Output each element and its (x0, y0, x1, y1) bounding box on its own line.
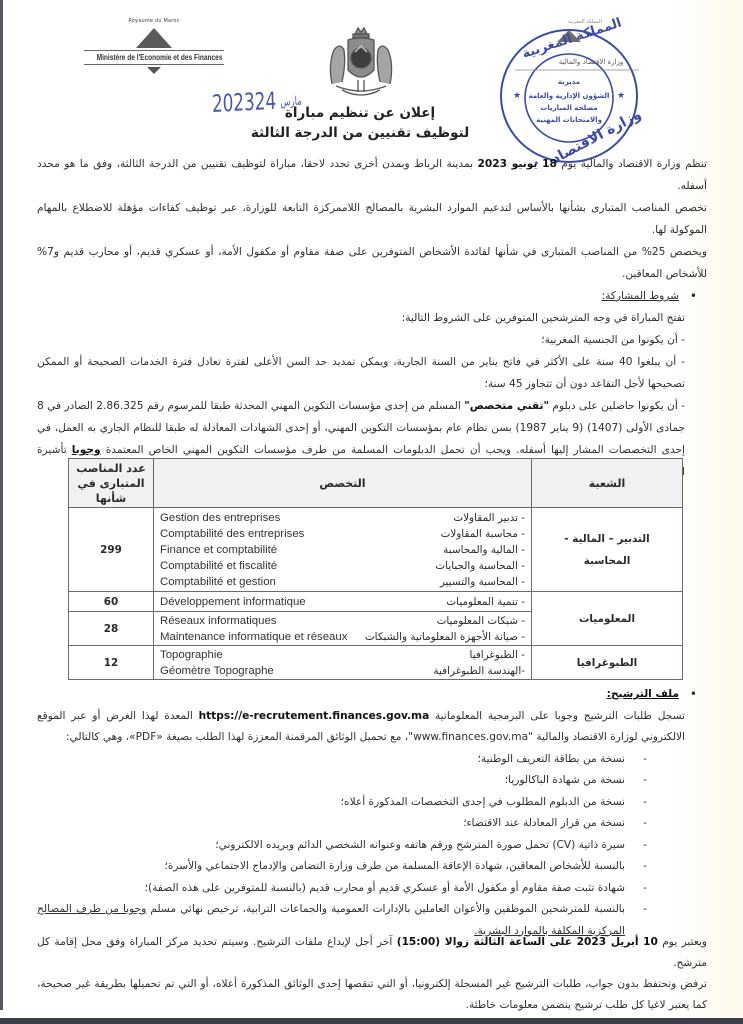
list-item: نسخة من الدبلوم المطلوب في إحدى التخصصات… (37, 792, 647, 814)
conditions-intro: تفتح المباراة في وجه المترشحين المتوفرين… (37, 307, 707, 329)
specialty-line: - الطبوغرافياTopographie (160, 647, 525, 663)
specialty-line: - شبكات المعلومياتRéseaux informatiques (160, 613, 525, 629)
logo-rule (84, 64, 224, 65)
conditions-heading: شروط المشاركة: (37, 285, 707, 307)
closing-section: ويعتبر يوم 10 أبريل 2023 على الساعة الثا… (37, 932, 707, 1016)
specialty-cell: - شبكات المعلومياتRéseaux informatiques … (154, 612, 532, 646)
specialty-cell: - تدبير المقاولاتGestion des entreprises… (154, 508, 532, 592)
application-paragraph: تسجل طلبات الترشيح وجوبا على البرمجية ال… (37, 706, 707, 749)
stamp-inner-line: والامتحانات المهنية (536, 116, 602, 124)
list-item: شهادة تثبت صفة مقاوم أو مكفول الأمة أو ع… (37, 878, 647, 900)
list-item: نسخة من قرار المعادلة عند الاقتضاء؛ (37, 813, 647, 835)
deadline-date: 10 أبريل 2023 على الساعة الثالثة زوالا (… (397, 936, 658, 948)
branch-cell: التدبير – المالية - المحاسبة (532, 508, 683, 592)
branch-cell: الطبوغرافيا (532, 646, 683, 680)
document-title: إعلان عن تنظيم مباراة لتوظيف تقنيين من ا… (240, 103, 480, 143)
table-header-row: الشعبة التخصص عدد المناصب المتبارى في شأ… (69, 459, 683, 508)
table-row: التدبير – المالية - المحاسبة - تدبير الم… (69, 508, 683, 592)
intro-section: تنظم وزارة الاقتصاد والمالية يوم 18 يوني… (37, 153, 707, 483)
title-line-1: إعلان عن تنظيم مباراة (240, 103, 480, 123)
logo-kingdom-label: Royaume du Maroc (84, 18, 224, 24)
specialty-line: - المحاسبة والجباياتComptabilité et fisc… (160, 558, 525, 574)
specialty-line: - المالية والمحاسبةFinance et comptabili… (160, 542, 525, 558)
title-line-2: لتوظيف تقنيين من الدرجة الثالثة (240, 123, 480, 143)
condition-age: - أن يبلغوا 40 سنة على الأكثر في فاتح ين… (37, 351, 707, 395)
list-item: بالنسبة للأشخاص المعاقين، شهادة الإعاقة … (37, 856, 647, 878)
ministry-website-link[interactable]: www.finances.gov.ma (413, 731, 528, 743)
deadline-paragraph: ويعتبر يوم 10 أبريل 2023 على الساعة الثا… (37, 932, 707, 974)
recruitment-portal-link[interactable]: https://e-recrutement.finances.gov.ma (199, 710, 430, 722)
required-documents-list: نسخة من بطاقة التعريف الوطنية؛ نسخة من ش… (37, 749, 707, 943)
list-item: نسخة من بطاقة التعريف الوطنية؛ (37, 749, 647, 771)
specialty-line: -الهندسة الطبوغرافيةGéomètre Topographe (160, 663, 525, 679)
list-item: سيرة ذاتية (CV) تحمل صورة المترشح ورقم ه… (37, 835, 647, 857)
application-heading: ملف الترشيح: (37, 684, 707, 706)
logo-triangle-icon (136, 28, 172, 48)
svg-text:وزارة الاقتصاد والمالية: وزارة الاقتصاد والمالية (559, 58, 624, 66)
header-specialty: التخصص (154, 459, 532, 508)
specialty-line: - صيانة الأجهزة المعلوماتية والشبكاتMain… (160, 629, 525, 645)
stamp-inner-line: مديرية (558, 78, 580, 86)
header-count: عدد المناصب المتبارى في شأنها (69, 459, 154, 508)
specialty-cell: - الطبوغرافياTopographie -الهندسة الطبوغ… (154, 646, 532, 680)
table-row: الطبوغرافيا - الطبوغرافياTopographie -ال… (69, 646, 683, 680)
positions-table: الشعبة التخصص عدد المناصب المتبارى في شأ… (68, 458, 683, 680)
count-cell: 299 (69, 508, 154, 592)
scan-left-edge (0, 0, 3, 1010)
coat-of-arms-icon (322, 24, 400, 104)
intro-paragraph-2: تخصص المناصب المتبارى بشأنها بالأساس لتد… (37, 197, 707, 241)
table-row: المعلوميات - تنمية المعلومياتDéveloppeme… (69, 592, 683, 612)
specialty-line: - تدبير المقاولاتGestion des entreprises (160, 510, 525, 526)
specialty-line: - المحاسبة والتسييرComptabilité et gesti… (160, 574, 525, 590)
exam-date: 18 يونيو 2023 (477, 158, 556, 170)
application-section: ملف الترشيح: تسجل طلبات الترشيح وجوبا عل… (37, 684, 707, 942)
branch-cell: المعلوميات (532, 592, 683, 646)
count-cell: 60 (69, 592, 154, 612)
specialty-line: - تنمية المعلومياتDéveloppement informat… (160, 594, 525, 610)
logo-down-triangle-icon (147, 67, 161, 74)
logo-ministry-name: Ministère de l'Economie et des Finances (97, 53, 212, 62)
svg-text:★: ★ (513, 91, 521, 101)
header-branch: الشعبة (532, 459, 683, 508)
scanned-document-page: Royaume du Maroc Ministère de l'Economie… (0, 0, 743, 1024)
ministry-logo: Royaume du Maroc Ministère de l'Economie… (84, 18, 224, 74)
scan-bottom-edge (0, 1018, 743, 1024)
svg-text:★: ★ (617, 91, 625, 101)
logo-rule (84, 50, 224, 51)
intro-paragraph-3: ويخصص 25% من المناصب المتبارى في شأنها ل… (37, 241, 707, 285)
stamp-inner-line: الشؤون الإدارية والعامة (529, 92, 610, 100)
condition-nationality: - أن يكونوا من الجنسية المغربية؛ (37, 329, 707, 351)
intro-paragraph-1: تنظم وزارة الاقتصاد والمالية يوم 18 يوني… (37, 153, 707, 197)
rejection-paragraph: ترفض وتحتفظ بدون جواب، طلبات الترشيح غير… (37, 974, 707, 1016)
specialty-cell: - تنمية المعلومياتDéveloppement informat… (154, 592, 532, 612)
list-item: نسخة من شهادة الباكالوريا؛ (37, 770, 647, 792)
count-cell: 12 (69, 646, 154, 680)
specialty-line: - محاسبة المقاولاتComptabilité des entre… (160, 526, 525, 542)
official-stamp: المملكة المغربية وزارة الاقتصاد والمالية… (487, 14, 667, 164)
count-cell: 28 (69, 612, 154, 646)
stamp-inner-line: مصلحة المباريات (540, 104, 597, 112)
